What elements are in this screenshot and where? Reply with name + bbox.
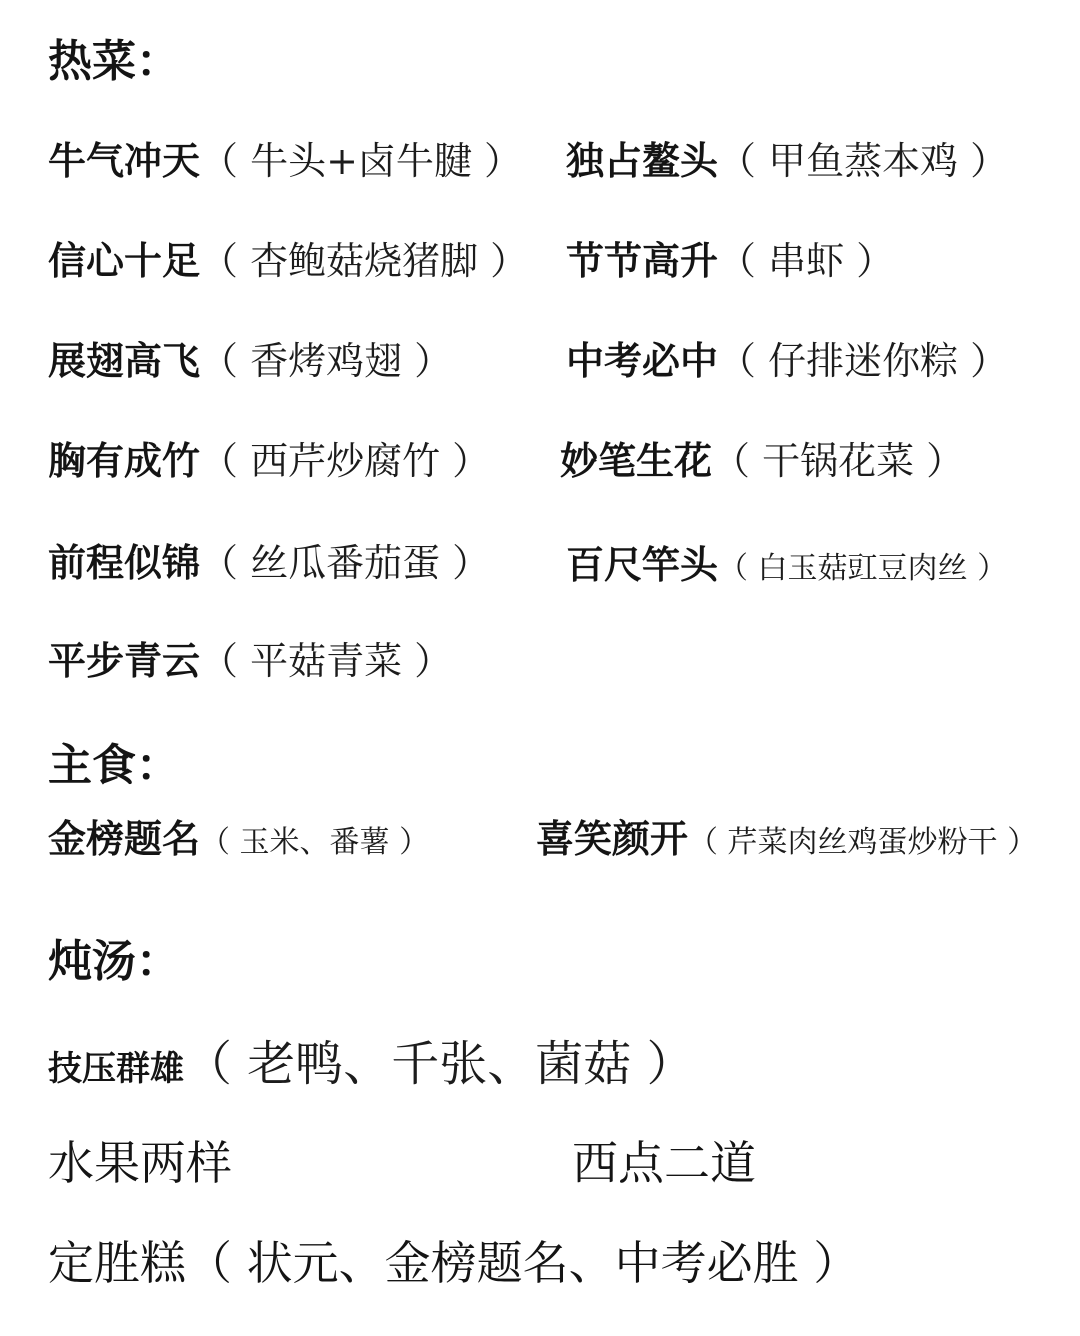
dish-desc: （ 牛头+卤牛腱 ） [200, 139, 522, 183]
dish-desc: （ 老鸭、千张、菌菇 ） [184, 1036, 695, 1092]
fruit-line: 水果两样 [48, 1140, 232, 1186]
dish-name: 展翅高飞 [48, 339, 200, 383]
dish-desc: （ 平菇青菜 ） [200, 639, 452, 683]
section-heading-soup: 炖汤： [48, 940, 180, 984]
dish-name: 妙笔生花 [560, 439, 712, 483]
dish-desc: （ 甲鱼蒸本鸡 ） [718, 139, 1008, 183]
dish-item: 牛气冲天（ 牛头+卤牛腱 ） [48, 142, 522, 180]
dessert-line: 西点二道 [572, 1140, 756, 1186]
dish-name: 金榜题名 [48, 817, 200, 861]
dish-desc: （ 白玉菇豇豆肉丝 ） [718, 551, 1007, 586]
dish-name: 信心十足 [48, 239, 200, 283]
dish-item: 技压群雄（ 老鸭、千张、菌菇 ） [48, 1040, 695, 1088]
dish-desc: （ 香烤鸡翅 ） [200, 339, 452, 383]
dish-name: 前程似锦 [48, 541, 200, 585]
cake-line: 定胜糕（ 状元、金榜题名、中考必胜 ） [48, 1240, 859, 1286]
dish-item: 展翅高飞（ 香烤鸡翅 ） [48, 342, 452, 380]
dish-desc: （ 干锅花菜 ） [712, 439, 964, 483]
dish-desc: （ 芹菜肉丝鸡蛋炒粉干 ） [688, 825, 1037, 860]
dish-item: 喜笑颜开（ 芹菜肉丝鸡蛋炒粉干 ） [536, 820, 1037, 858]
dish-name: 牛气冲天 [48, 139, 200, 183]
dish-name: 独占鳌头 [566, 139, 718, 183]
section-heading-hot: 热菜： [48, 40, 180, 84]
dish-item: 信心十足（ 杏鲍菇烧猪脚 ） [48, 242, 528, 280]
dish-name: 技压群雄 [48, 1049, 184, 1089]
dish-desc: （ 丝瓜番茄蛋 ） [200, 541, 490, 585]
dish-item: 妙笔生花（ 干锅花菜 ） [560, 442, 964, 480]
dish-desc: （ 杏鲍菇烧猪脚 ） [200, 239, 528, 283]
dish-name: 中考必中 [566, 339, 718, 383]
dish-item: 独占鳌头（ 甲鱼蒸本鸡 ） [566, 142, 1008, 180]
dish-item: 中考必中（ 仔排迷你粽 ） [566, 342, 1008, 380]
dish-name: 节节高升 [566, 239, 718, 283]
dish-name: 喜笑颜开 [536, 817, 688, 861]
dish-name: 百尺竿头 [566, 543, 718, 587]
dish-item: 金榜题名（ 玉米、番薯 ） [48, 820, 429, 858]
dish-name: 胸有成竹 [48, 439, 200, 483]
dish-desc: （ 串虾 ） [718, 239, 894, 283]
dish-item: 平步青云（ 平菇青菜 ） [48, 642, 452, 680]
dish-desc: （ 玉米、番薯 ） [200, 825, 429, 860]
dish-desc: （ 西芹炒腐竹 ） [200, 439, 490, 483]
dish-item: 前程似锦（ 丝瓜番茄蛋 ） [48, 544, 490, 582]
section-heading-staple: 主食： [48, 744, 180, 788]
dish-item: 胸有成竹（ 西芹炒腐竹 ） [48, 442, 490, 480]
dish-item: 节节高升（ 串虾 ） [566, 242, 894, 280]
dish-name: 平步青云 [48, 639, 200, 683]
dish-item: 百尺竿头（ 白玉菇豇豆肉丝 ） [566, 546, 1007, 584]
dish-desc: （ 仔排迷你粽 ） [718, 339, 1008, 383]
